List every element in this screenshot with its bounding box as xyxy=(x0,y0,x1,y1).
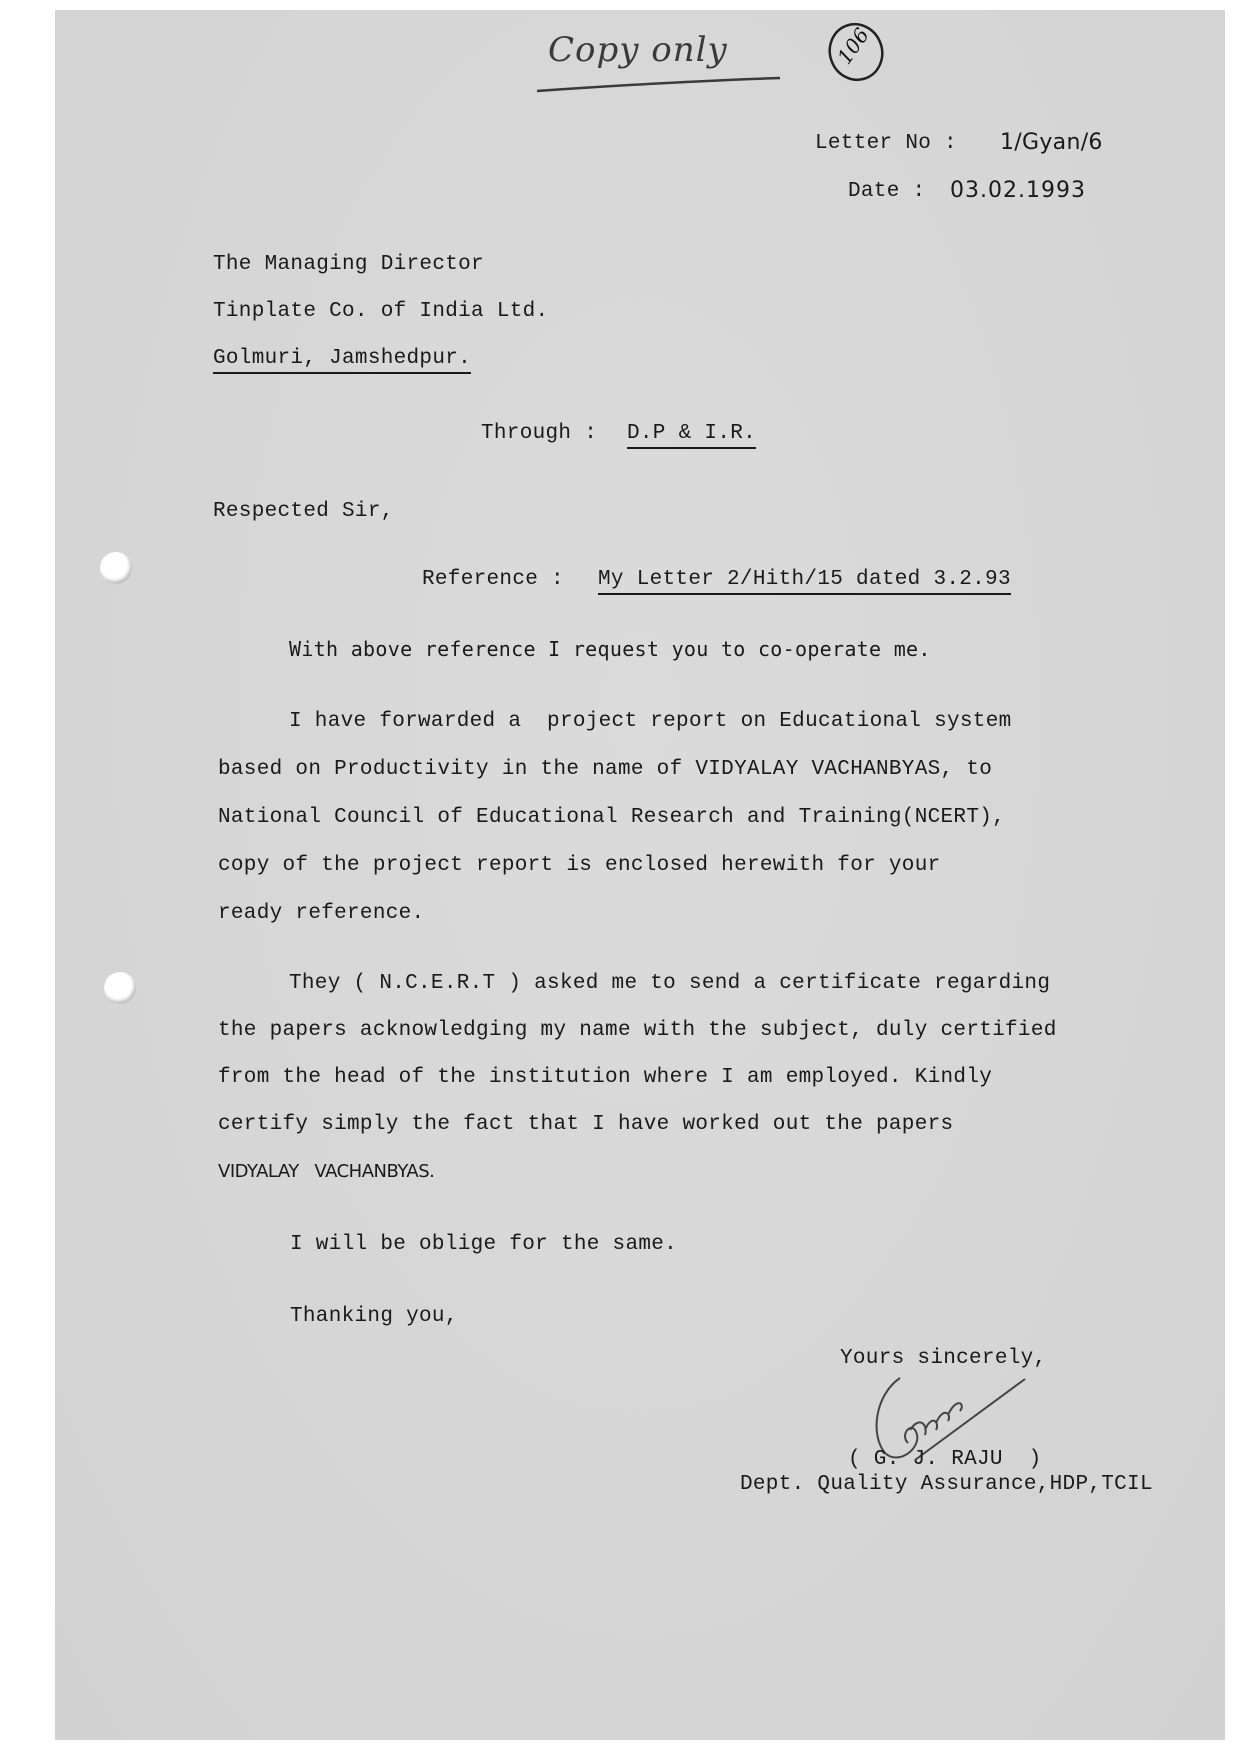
punch-hole-top xyxy=(100,552,132,584)
salutation: Respected Sir, xyxy=(213,500,394,523)
body-paragraph-3-line-2: the papers acknowledging my name with th… xyxy=(218,1019,1057,1042)
body-paragraph-2-line-1: I have forwarded a project report on Edu… xyxy=(289,710,1012,733)
body-paragraph-3-line-3: from the head of the institution where I… xyxy=(218,1066,992,1089)
body-paragraph-3-line-1: They ( N.C.E.R.T ) asked me to send a ce… xyxy=(289,972,1050,995)
letter-number-label: Letter No : xyxy=(815,132,957,155)
date-label: Date : xyxy=(848,180,925,203)
body-paragraph-1: With above reference I request you to co… xyxy=(289,637,931,661)
punch-hole-bottom xyxy=(104,972,136,1004)
closing-thanks: Thanking you, xyxy=(290,1305,458,1328)
through-label: Through : xyxy=(481,422,597,445)
letter-number-value: 1/Gyan/6 xyxy=(1000,130,1103,155)
recipient-company: Tinplate Co. of India Ltd. xyxy=(213,300,548,323)
reference-value: My Letter 2/Hith/15 dated 3.2.93 xyxy=(598,568,1011,595)
valediction: Yours sincerely, xyxy=(840,1347,1046,1370)
body-paragraph-2-line-5: ready reference. xyxy=(218,902,424,925)
reference-label: Reference : xyxy=(422,568,564,591)
body-paragraph-2-line-4: copy of the project report is enclosed h… xyxy=(218,854,941,877)
body-paragraph-4: I will be oblige for the same. xyxy=(290,1233,677,1256)
body-paragraph-3-line-4: certify simply the fact that I have work… xyxy=(218,1113,953,1136)
body-paragraph-2-line-3: National Council of Educational Research… xyxy=(218,806,1005,829)
body-paragraph-2-line-2: based on Productivity in the name of VID… xyxy=(218,758,992,781)
handwritten-copy-only-note: Copy only xyxy=(548,30,728,70)
recipient-title: The Managing Director xyxy=(213,253,484,276)
handwritten-underline xyxy=(535,75,785,95)
recipient-address: Golmuri, Jamshedpur. xyxy=(213,347,471,374)
signatory-designation: Dept. Quality Assurance,HDP,TCIL xyxy=(740,1473,1153,1496)
signatory-name: ( G. J. RAJU ) xyxy=(848,1448,1042,1471)
body-paragraph-3-line-5: VIDYALAY VACHANBYAS. xyxy=(218,1161,434,1182)
date-value: 03.02.1993 xyxy=(950,178,1086,203)
through-value: D.P & I.R. xyxy=(627,422,756,449)
